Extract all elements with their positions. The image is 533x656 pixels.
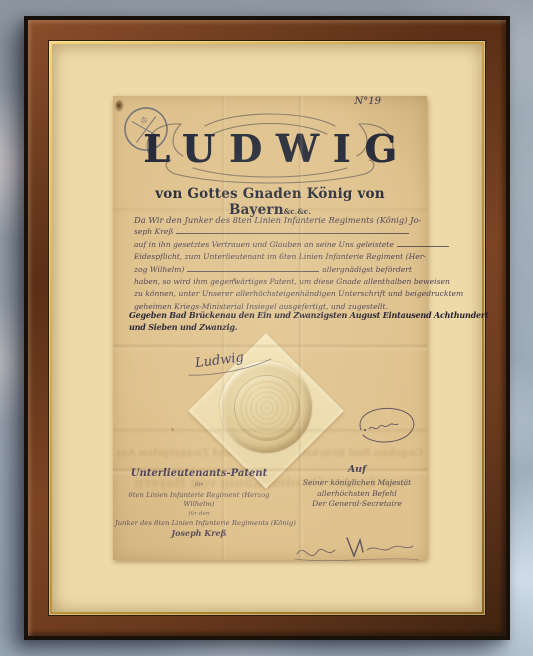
body-line: Da Wir den Junker des 8ten Linien Infant… (134, 214, 412, 226)
body-line-text: haben, so wird ihm gegenwärtiges Patent,… (134, 276, 450, 288)
embossed-seal-core (234, 375, 300, 441)
patent-title: Unterlieutenants-Patent (115, 468, 283, 479)
body-line: zu können, unter Unserer allerhöchsteige… (134, 288, 412, 300)
body-line: haben, so wird ihm gegenwärtiges Patent,… (134, 276, 412, 288)
document-paper: ♔ N°19 (113, 96, 427, 560)
body-line: auf in ihn gesetztes Vertrauen und Glaub… (134, 239, 412, 251)
body-line-text: Eidespflicht, zum Unterlieutenant im 6te… (134, 251, 426, 263)
order-caption-block: Auf Seiner königlichen Majestät allerhöc… (289, 464, 425, 510)
order-line: allerhöchsten Befehl (289, 489, 425, 500)
secretary-signature (291, 534, 423, 564)
order-line: Auf (289, 464, 425, 475)
body-line-text: allergnädigst befördert (322, 264, 412, 276)
dateline: Gegeben Bad Brückenau den Ein und Zwanzi… (129, 310, 417, 333)
ruled-blank-line (397, 246, 449, 247)
picture-frame: ♔ N°19 (24, 16, 510, 640)
dateline-line: und Sieben und Zwanzig. (129, 322, 417, 334)
paper-speck (171, 428, 174, 431)
body-text: Da Wir den Junker des 8ten Linien Infant… (134, 214, 412, 313)
body-line-text: seph Kreß (134, 226, 173, 238)
countersignature-flourish (351, 402, 423, 446)
patent-line: Wilhelm) (115, 500, 283, 510)
patent-line: für den (115, 510, 283, 520)
document-title: LUDWIG (113, 126, 427, 171)
patent-line: für (115, 481, 283, 491)
frame-gold-fillet: ♔ N°19 (49, 41, 485, 615)
order-line: Seiner königlichen Majestät (289, 478, 425, 489)
ruled-blank-line (187, 271, 319, 272)
patent-line: 6ten Linien Infanterie Regiment (Herzog (115, 491, 283, 501)
dateline-line: Gegeben Bad Brückenau den Ein und Zwanzi… (129, 310, 417, 322)
body-line: zog Wilhelm)allergnädigst befördert (134, 264, 412, 276)
order-line: Der General-Secretaire (289, 499, 425, 510)
body-line: Eidespflicht, zum Unterlieutenant im 6te… (134, 251, 412, 263)
ruled-blank-line (176, 233, 409, 234)
patent-caption-block: Unterlieutenants-Patent für 6ten Linien … (115, 468, 283, 539)
mat-board: ♔ N°19 (52, 44, 482, 612)
body-line: seph Kreß (134, 226, 412, 238)
framed-document-photo: ♔ N°19 (0, 0, 533, 656)
svg-text:Ludwig: Ludwig (193, 350, 244, 371)
body-line-text: auf in ihn gesetztes Vertrauen und Glaub… (134, 239, 394, 251)
body-line-text: zu können, unter Unserer allerhöchsteige… (134, 288, 463, 300)
patent-recipient-name: Joseph Kreß (115, 529, 283, 539)
body-line-text: zog Wilhelm) (134, 264, 184, 276)
body-line-text: Da Wir den Junker des 8ten Linien Infant… (134, 214, 421, 226)
serial-number: N°19 (355, 96, 381, 107)
